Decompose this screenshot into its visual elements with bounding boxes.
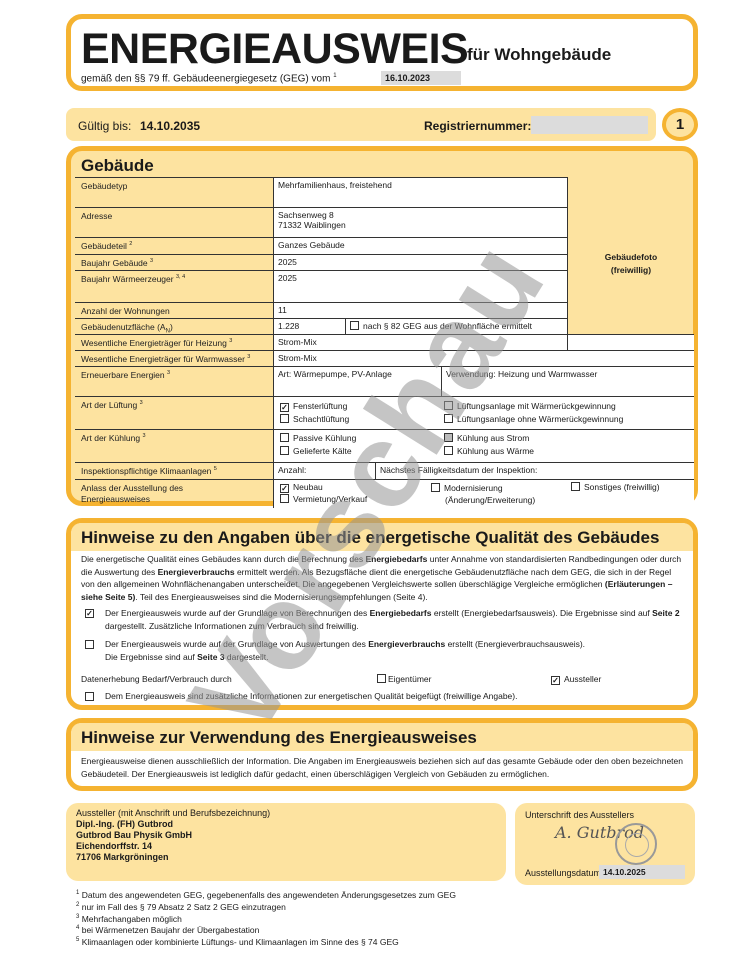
registry-label: Registriernummer: <box>424 119 531 133</box>
option-other[interactable]: Sonstiges (freiwillig) <box>571 482 660 492</box>
law-text: gemäß den §§ 79 ff. Gebäudeenergiegesetz… <box>81 73 330 84</box>
checkbox[interactable] <box>444 414 453 423</box>
valid-until-label: Gültig bis: <box>78 119 131 133</box>
row-label: Adresse <box>75 208 269 224</box>
issuer-box: Aussteller (mit Anschrift und Berufsbeze… <box>66 803 506 881</box>
issuer-label: Aussteller (mit Anschrift und Berufsbeze… <box>76 808 496 819</box>
cooling-options: Passive Kühlung Gelieferte Kälte Kühlung… <box>273 430 694 462</box>
checkbox[interactable] <box>377 674 386 683</box>
row-apartments: Anzahl der Wohnungen 11 <box>75 302 567 318</box>
data-source-row: Datenerhebung Bedarf/Verbrauch durch Eig… <box>81 673 683 686</box>
row-label: Baujahr Gebäude 3 <box>75 255 269 271</box>
option-electric-cooling[interactable]: Kühlung aus Strom <box>444 433 529 443</box>
checkbox[interactable] <box>280 414 289 423</box>
law-date-field[interactable]: 16.10.2023 <box>381 71 461 85</box>
page-number-badge: 1 <box>662 108 698 141</box>
row-label: Inspektionspflichtige Klimaanlagen 5 <box>75 463 269 479</box>
section-title: Hinweise zu den Angaben über die energet… <box>81 528 659 548</box>
building-part-value[interactable]: Ganzes Gebäude <box>273 238 567 254</box>
option-new-building[interactable]: Neubau <box>280 482 323 493</box>
option-delivered-cooling[interactable]: Gelieferte Kälte <box>280 446 352 456</box>
row-cooling: Art der Kühlung 3 Passive Kühlung Gelief… <box>75 429 694 462</box>
row-ventilation: Art der Lüftung 3 Fensterlüftung Schacht… <box>75 396 694 429</box>
row-address: Adresse Sachsenweg 8 71332 Waiblingen <box>75 207 567 237</box>
signature-box: Unterschrift des Ausstellers A. Gutbrod … <box>515 803 695 885</box>
row-label: Art der Kühlung 3 <box>75 430 269 446</box>
issuer-line: 71706 Markgröningen <box>76 852 496 863</box>
hot-water-carrier-value[interactable]: Strom-Mix <box>273 351 694 366</box>
ventilation-options: Fensterlüftung Schachtlüftung Lüftungsan… <box>273 397 694 429</box>
apartments-value[interactable]: 11 <box>273 303 567 318</box>
row-hot-water-carrier: Wesentliche Energieträger für Warmwasser… <box>75 350 694 366</box>
issuer-line: Eichendorffstr. 14 <box>76 841 496 852</box>
document-title: ENERGIEAUSWEIS <box>81 25 468 74</box>
option-owner[interactable]: Eigentümer <box>377 673 431 686</box>
checkbox[interactable] <box>350 321 359 330</box>
option-passive-cooling[interactable]: Passive Kühlung <box>280 433 356 443</box>
issuer-line: Dipl.-Ing. (FH) Gutbrod <box>76 819 496 830</box>
issuer-line: Gutbrod Bau Physik GmbH <box>76 830 496 841</box>
quality-explanation: Die energetische Qualität eines Gebäudes… <box>81 553 683 603</box>
checkbox[interactable] <box>280 403 289 412</box>
option-additional-info[interactable]: Dem Energieausweis sind zusätzliche Info… <box>85 690 683 703</box>
option-ventilation-with-recovery[interactable]: Lüftungsanlage mit Wärmerückgewinnung <box>444 400 616 413</box>
option-consumption-certificate[interactable]: Der Energieausweis wurde auf der Grundla… <box>85 638 683 664</box>
usage-explanation: Energieausweise dienen ausschließlich de… <box>81 755 683 780</box>
document-header: ENERGIEAUSWEIS für Wohngebäude gemäß den… <box>66 14 698 91</box>
year-heater-value[interactable]: 2025 <box>273 271 567 302</box>
checkbox[interactable] <box>85 692 94 701</box>
checkbox[interactable] <box>85 609 94 618</box>
issue-date-label: Ausstellungsdatum <box>525 868 601 878</box>
checkbox[interactable] <box>85 640 94 649</box>
footnote-ref: 1 <box>333 73 336 79</box>
footnotes: 1 Datum des angewendeten GEG, gegebenenf… <box>76 888 456 947</box>
address-city: 71332 Waiblingen <box>278 220 563 230</box>
issue-reason-options: Neubau Vermietung/Verkauf Modernisierung… <box>273 480 694 508</box>
year-building-value[interactable]: 2025 <box>273 255 567 270</box>
option-shaft-ventilation[interactable]: Schachtlüftung <box>280 413 349 426</box>
issue-date-field[interactable]: 14.10.2025 <box>599 865 685 879</box>
building-photo-placeholder[interactable]: Gebäudefoto(freiwillig) <box>567 177 694 350</box>
signature-label: Unterschrift des Ausstellers <box>525 810 634 820</box>
row-label: Erneuerbare Energien 3 <box>75 367 269 383</box>
row-usable-area: Gebäudenutzfläche (AN) 1.228 nach § 82 G… <box>75 318 567 334</box>
address-street: Sachsenweg 8 <box>278 210 563 220</box>
valid-until-value: 14.10.2035 <box>140 119 200 133</box>
row-year-heater: Baujahr Wärmeerzeuger 3, 4 2025 <box>75 270 567 302</box>
row-label: Anlass der Ausstellung desEnergieausweis… <box>75 480 269 508</box>
registry-number-field[interactable] <box>531 116 648 134</box>
option-heat-cooling[interactable]: Kühlung aus Wärme <box>444 446 534 456</box>
row-label: Art der Lüftung 3 <box>75 397 269 413</box>
footnote: 4 bei Wärmenetzen Baujahr der Übergabest… <box>76 923 456 935</box>
building-section: Gebäude Gebäudetyp Mehrfamilienhaus, fre… <box>66 146 698 506</box>
checkbox[interactable] <box>444 433 453 442</box>
option-rental-sale[interactable]: Vermietung/Verkauf <box>280 494 367 504</box>
row-renewables: Erneuerbare Energien 3 Art: Wärmepumpe, … <box>75 366 694 396</box>
quality-notes-section: Hinweise zu den Angaben über die energet… <box>66 518 698 710</box>
renewables-usage-value[interactable]: Verwendung: Heizung und Warmwasser <box>441 367 694 396</box>
row-label: Gebäudeteil 2 <box>75 238 269 254</box>
row-building-type: Gebäudetyp Mehrfamilienhaus, freistehend <box>75 177 567 207</box>
section-title: Gebäude <box>81 156 154 176</box>
area-from-living-space-option[interactable]: nach § 82 GEG aus der Wohnfläche ermitte… <box>345 319 567 334</box>
footnote: 1 Datum des angewendeten GEG, gegebenenf… <box>76 888 456 900</box>
renewables-kind-value[interactable]: Art: Wärmepumpe, PV-Anlage <box>273 367 441 396</box>
checkbox[interactable] <box>280 484 289 493</box>
option-issuer[interactable]: Aussteller <box>551 673 601 686</box>
row-label: Gebäudetyp <box>75 178 269 194</box>
ac-count-field[interactable]: Anzahl: <box>273 463 375 479</box>
usage-notes-section: Hinweise zur Verwendung des Energieauswe… <box>66 718 698 791</box>
checkbox[interactable] <box>571 482 580 491</box>
row-label: Anzahl der Wohnungen <box>75 303 269 319</box>
row-label: Wesentliche Energieträger für Warmwasser… <box>75 351 269 367</box>
row-label: Wesentliche Energieträger für Heizung 3 <box>75 335 269 351</box>
checkbox[interactable] <box>444 401 453 410</box>
footnote: 3 Mehrfachangaben möglich <box>76 912 456 924</box>
checkbox[interactable] <box>431 483 440 492</box>
checkbox[interactable] <box>444 446 453 455</box>
option-demand-certificate[interactable]: Der Energieausweis wurde auf der Grundla… <box>85 607 683 633</box>
data-source-label: Datenerhebung Bedarf/Verbrauch durch <box>81 674 232 684</box>
stamp-icon <box>615 823 657 865</box>
validity-bar: Gültig bis: 14.10.2035 Registriernummer: <box>66 108 656 141</box>
footnote: 5 Klimaanlagen oder kombinierte Lüftungs… <box>76 935 456 947</box>
option-ventilation-without-recovery[interactable]: Lüftungsanlage ohne Wärmerückgewinnung <box>444 413 623 426</box>
usable-area-value[interactable]: 1.228 <box>273 319 345 334</box>
option-window-ventilation[interactable]: Fensterlüftung <box>280 400 347 413</box>
document-subtitle: für Wohngebäude <box>467 45 611 65</box>
checkbox[interactable] <box>551 676 560 685</box>
row-year-building: Baujahr Gebäude 3 2025 <box>75 254 567 270</box>
checkbox[interactable] <box>280 433 289 442</box>
option-modernization[interactable]: Modernisierung(Änderung/Erweiterung) <box>431 482 535 506</box>
address-value[interactable]: Sachsenweg 8 71332 Waiblingen <box>273 208 567 237</box>
checkbox[interactable] <box>280 494 289 503</box>
checkbox[interactable] <box>280 446 289 455</box>
building-type-value[interactable]: Mehrfamilienhaus, freistehend <box>273 178 567 207</box>
row-label: Baujahr Wärmeerzeuger 3, 4 <box>75 271 269 287</box>
ac-inspection-date-field[interactable]: Nächstes Fälligkeitsdatum der Inspektion… <box>375 463 694 479</box>
row-air-conditioning: Inspektionspflichtige Klimaanlagen 5 Anz… <box>75 462 694 479</box>
row-issue-reason: Anlass der Ausstellung desEnergieausweis… <box>75 479 694 507</box>
law-reference: gemäß den §§ 79 ff. Gebäudeenergiegesetz… <box>81 73 337 84</box>
row-building-part: Gebäudeteil 2 Ganzes Gebäude <box>75 237 567 254</box>
footnote: 2 nur im Fall des § 79 Absatz 2 Satz 2 G… <box>76 900 456 912</box>
section-title: Hinweise zur Verwendung des Energieauswe… <box>81 728 477 748</box>
